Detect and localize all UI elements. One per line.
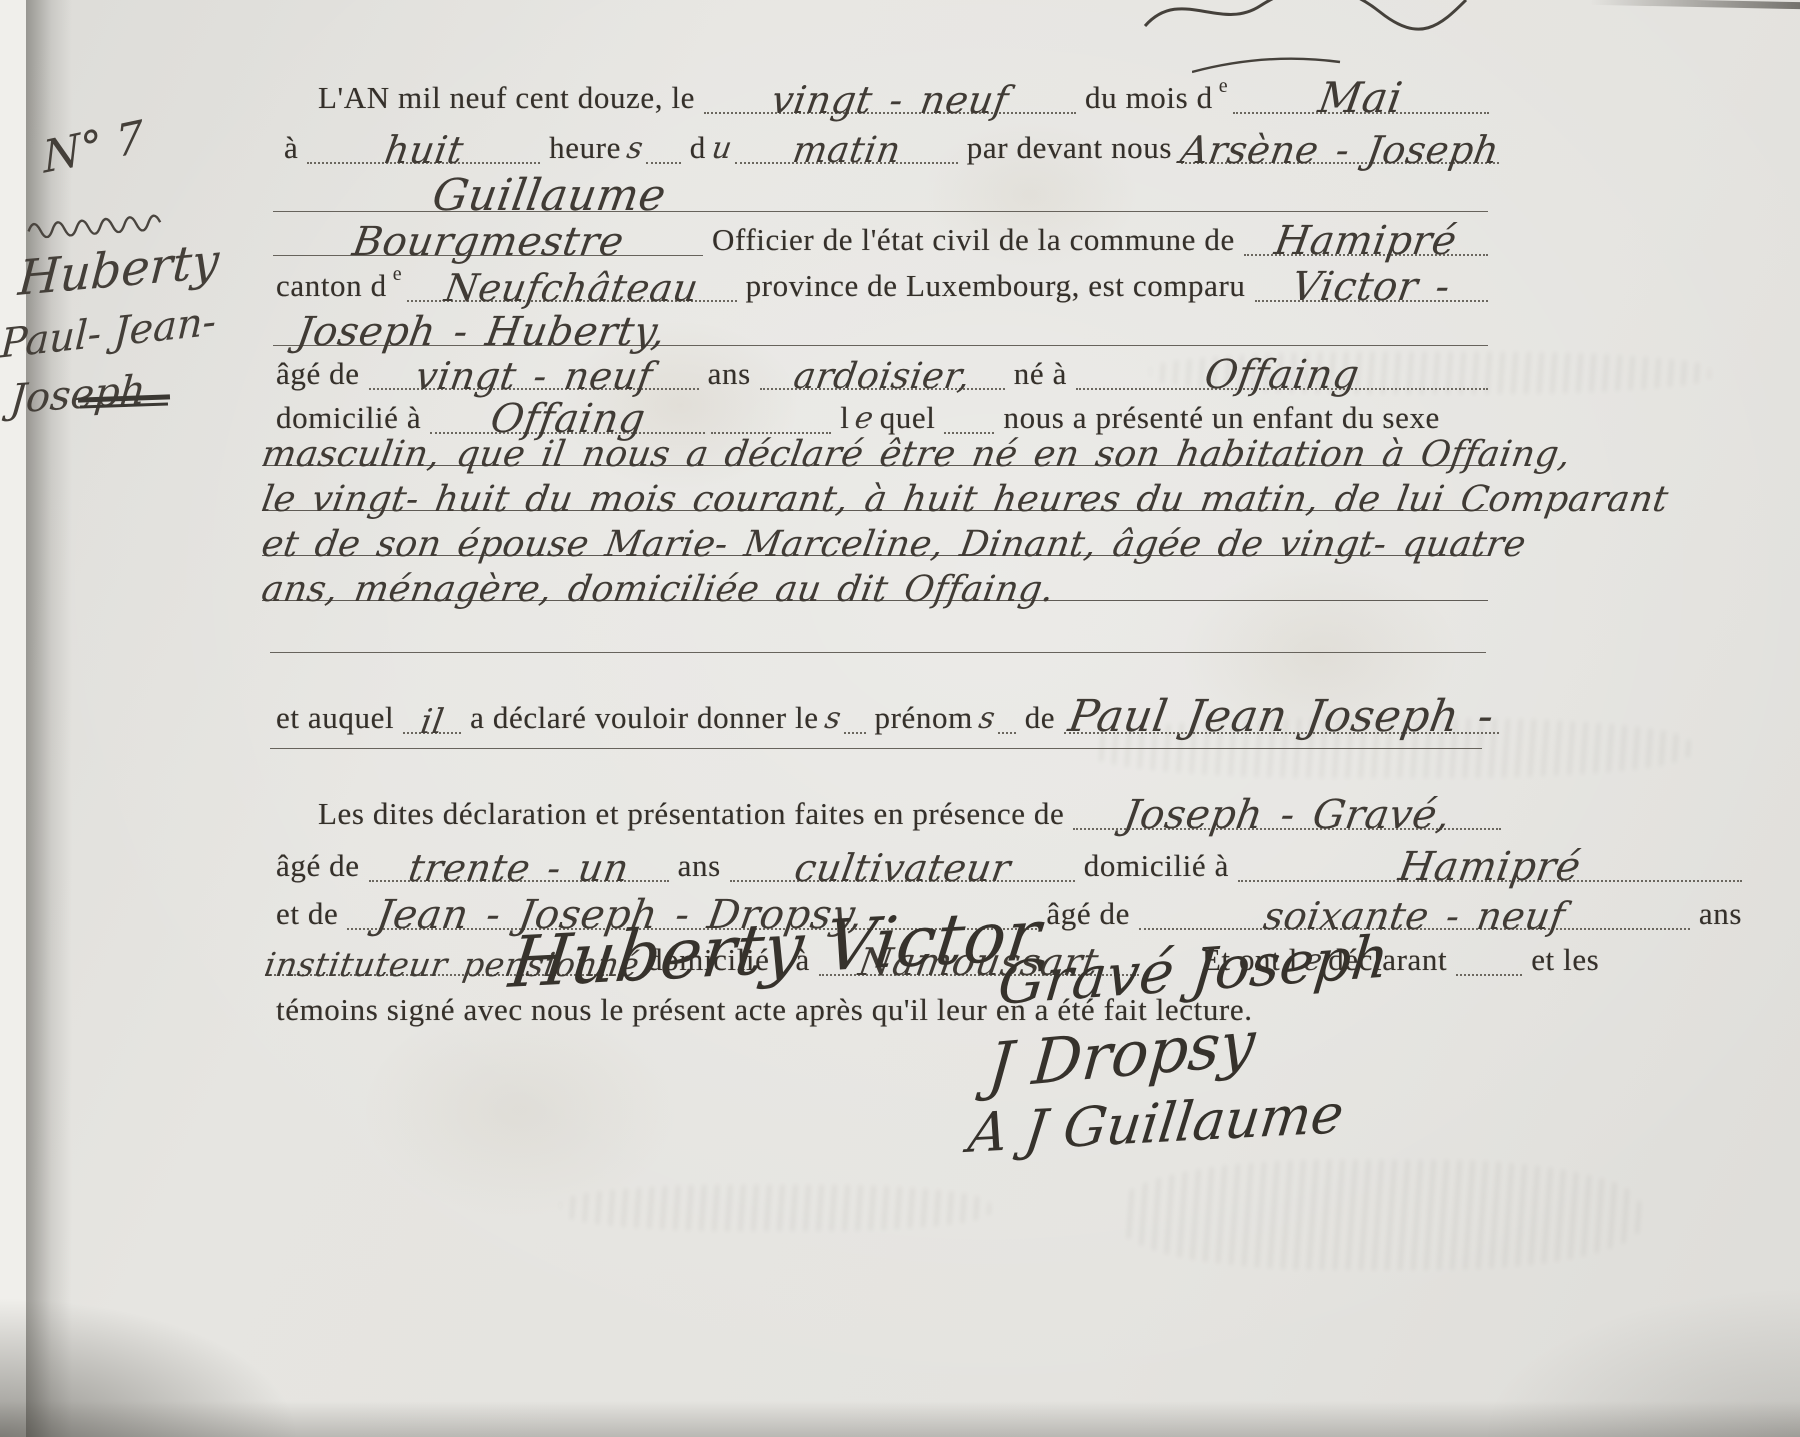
- form-line-6: Joseph - Huberty,: [270, 300, 1491, 346]
- form-blank: [998, 688, 1016, 734]
- form-line-3: Guillaume: [270, 166, 1491, 212]
- printed-text: prénom: [875, 701, 973, 735]
- handwritten-text: ans, ménagère, domiciliée au dit Offaing…: [259, 572, 1056, 608]
- handwritten-entry-witness1-name: Joseph - Gravé,: [1121, 795, 1453, 835]
- form-line-1: L'AN mil neuf cent douze, le vingt - neu…: [312, 68, 1492, 114]
- form-blank: huit: [307, 118, 540, 164]
- printed-text: d: [690, 131, 706, 165]
- form-blank: Mai: [1233, 68, 1489, 114]
- page-edge-white: [0, 0, 26, 1437]
- printed-text: et auquel: [276, 701, 394, 735]
- ruled-blank-line: [270, 652, 1486, 653]
- printed-text: canton d: [276, 269, 387, 303]
- printed-text: a déclaré vouloir donner le: [470, 701, 818, 735]
- printed-text: ans: [708, 357, 751, 391]
- form-blank: [844, 688, 866, 734]
- handwritten-paragraph-line-3: et de son épouse Marie- Marceline, Dinan…: [262, 510, 1488, 556]
- ruled-blank-line: [270, 748, 1482, 749]
- form-line-7: âgé de vingt - neuf ans ardoisier, né à …: [270, 344, 1491, 390]
- printed-text: et de: [276, 897, 338, 931]
- form-blank: il: [403, 688, 461, 734]
- form-blank: Joseph - Gravé,: [1073, 784, 1501, 830]
- form-blank: vingt - neuf: [369, 344, 699, 390]
- printed-text: L'AN mil neuf cent douze, le: [318, 81, 695, 115]
- form-blank: Paul Jean Joseph -: [1064, 688, 1499, 734]
- handwritten-entry-commune: Hamipré: [1272, 221, 1460, 261]
- form-blank: Neufchâteau: [407, 256, 737, 302]
- page-corner-shadow-bottom-left: [0, 1297, 300, 1437]
- handwritten-entry-child-names: Paul Jean Joseph -: [1066, 695, 1498, 739]
- printed-text: Officier de l'état civil de la commune d…: [712, 223, 1235, 257]
- printed-text: âgé de: [276, 357, 360, 391]
- handwritten-entry: s: [625, 134, 646, 164]
- printed-superscript: e: [1219, 75, 1228, 98]
- handwritten-entry: u: [709, 134, 734, 164]
- form-line-4: Bourgmestre Officier de l'état civil de …: [270, 210, 1491, 256]
- printed-text: province de Luxembourg, est comparu: [746, 269, 1246, 303]
- handwritten-entry-hour: huit: [382, 131, 466, 169]
- printed-text: Les dites déclaration et présentation fa…: [318, 797, 1064, 831]
- handwritten-paragraph-line-4: ans, ménagère, domiciliée au dit Offaing…: [262, 555, 1488, 601]
- form-line-witness-intro: Les dites déclaration et présentation fa…: [312, 784, 1504, 830]
- printed-superscript: e: [393, 263, 402, 286]
- printed-text: par devant nous: [967, 131, 1172, 165]
- handwritten-entry-witness1-residence: Hamipré: [1396, 847, 1584, 887]
- top-edge-dark-line: [1590, 0, 1800, 9]
- form-blank: Hamipré: [1238, 836, 1742, 882]
- form-blank: trente - un: [369, 836, 669, 882]
- handwritten-entry: matin: [790, 133, 903, 169]
- printed-text: et les: [1531, 943, 1599, 977]
- printed-text: de: [1025, 701, 1055, 735]
- printed-text: âgé de: [276, 849, 360, 883]
- printed-text: heure: [549, 131, 621, 165]
- handwritten-entry-witness1-age: trente - un: [406, 849, 632, 887]
- form-blank: Arsène - Joseph: [1181, 118, 1499, 164]
- form-line-2: à huit heure s d u matin par devant nous…: [278, 118, 1502, 164]
- printed-text: domicilié à: [1084, 849, 1229, 883]
- handwritten-entry-month: Mai: [1316, 77, 1406, 119]
- form-blank: Joseph - Huberty,: [273, 300, 1488, 346]
- printed-text: du mois d: [1085, 81, 1213, 115]
- printed-text: ans: [678, 849, 721, 883]
- handwritten-entry: s: [976, 704, 997, 734]
- form-blank: ardoisier,: [760, 344, 1005, 390]
- handwritten-paragraph-line-2: le vingt- huit du mois courant, à huit h…: [262, 465, 1488, 511]
- form-blank: Bourgmestre: [273, 210, 703, 256]
- form-blank: vingt - neuf: [704, 68, 1076, 114]
- form-blank: cultivateur: [730, 836, 1075, 882]
- page-corner-shadow-bottom-right: [1480, 1287, 1800, 1437]
- form-blank: [1456, 930, 1522, 976]
- handwritten-entry: il: [418, 705, 446, 739]
- printed-text: ans: [1699, 897, 1742, 931]
- form-blank: Hamipré: [1244, 210, 1488, 256]
- handwritten-entry-day: vingt - neuf: [769, 81, 1011, 119]
- form-blank: Victor -: [1255, 256, 1488, 302]
- form-blank: [646, 118, 681, 164]
- form-blank: Offaing: [1076, 344, 1488, 390]
- handwritten-entry-witness1-profession: cultivateur: [792, 849, 1013, 887]
- form-blank: matin: [735, 118, 958, 164]
- form-line-prenoms: et auquel il a déclaré vouloir donner le…: [270, 688, 1502, 734]
- form-line-5: canton d e Neufchâteau province de Luxem…: [270, 256, 1491, 302]
- handwritten-entry: s: [822, 704, 843, 734]
- form-line-witness1: âgé de trente - un ans cultivateur domic…: [270, 836, 1745, 882]
- form-blank: Guillaume: [273, 166, 1488, 212]
- printed-text: né à: [1014, 357, 1067, 391]
- bleedthrough-smudge: [560, 1185, 990, 1231]
- printed-text: âgé de: [1046, 897, 1130, 931]
- printed-text: à: [284, 131, 298, 165]
- paper-stain: [360, 1000, 680, 1220]
- handwritten-paragraph-line-1: masculin, que il nous a déclaré être né …: [262, 420, 1488, 466]
- birth-record-scan: N° 7 Huberty Paul- Jean- Joseph L'AN mil…: [0, 0, 1800, 1437]
- top-edge-partial-handwriting: [1140, 0, 1470, 34]
- form-blank: soixante - neuf: [1139, 884, 1690, 930]
- bleedthrough-smudge: [1120, 1160, 1640, 1270]
- handwritten-entry-officer-firstnames: Arsène - Joseph: [1178, 131, 1502, 169]
